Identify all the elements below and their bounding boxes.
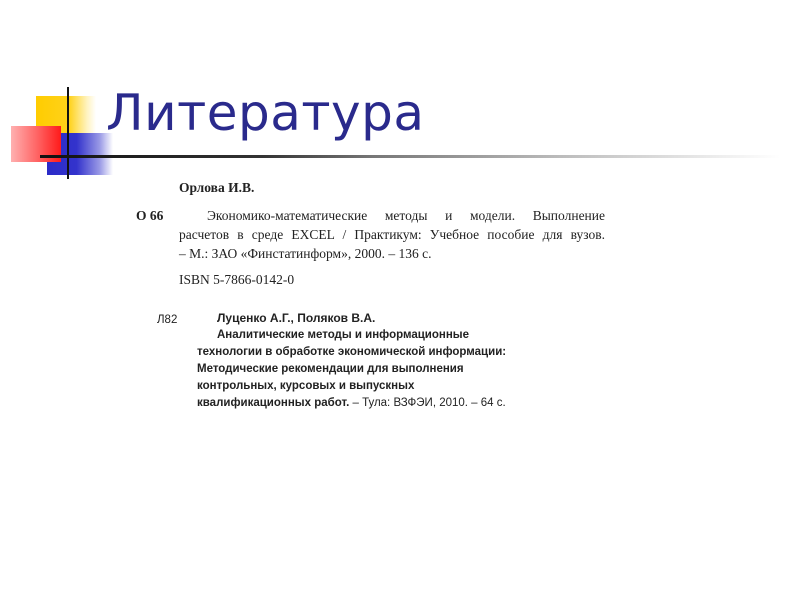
reference-code: О 66 (136, 208, 163, 224)
reference-imprint: – Тула: ВЗФЭИ, 2010. – 64 с. (349, 397, 505, 409)
reference-line: – М.: ЗАО «Финстатинформ», 2000. – 136 с… (179, 246, 431, 262)
reference-line: расчетов в среде EXCEL / Практикум: Учеб… (179, 227, 605, 243)
reference-last-line: квалификационных работ. – Тула: ВЗФЭИ, 2… (197, 397, 506, 409)
vertical-line-decoration (67, 87, 69, 179)
reference-line: Экономико-математические методы и модели… (207, 208, 605, 224)
reference-title-line: контрольных, курсовых и выпускных (197, 380, 414, 392)
reference-isbn: ISBN 5-7866-0142-0 (179, 272, 294, 288)
title-underline (40, 155, 780, 158)
slide-title: Литература (106, 84, 424, 142)
reference-title-line: Методические рекомендации для выполнения (197, 363, 464, 375)
reference-title-line: технологии в обработке экономической инф… (197, 346, 506, 358)
reference-title-line: Аналитические методы и информационные (217, 329, 469, 341)
reference-title-line: квалификационных работ. (197, 397, 349, 409)
reference-author: Луценко А.Г., Поляков В.А. (217, 311, 375, 325)
reference-code: Л82 (157, 314, 177, 326)
reference-author: Орлова И.В. (179, 180, 254, 196)
